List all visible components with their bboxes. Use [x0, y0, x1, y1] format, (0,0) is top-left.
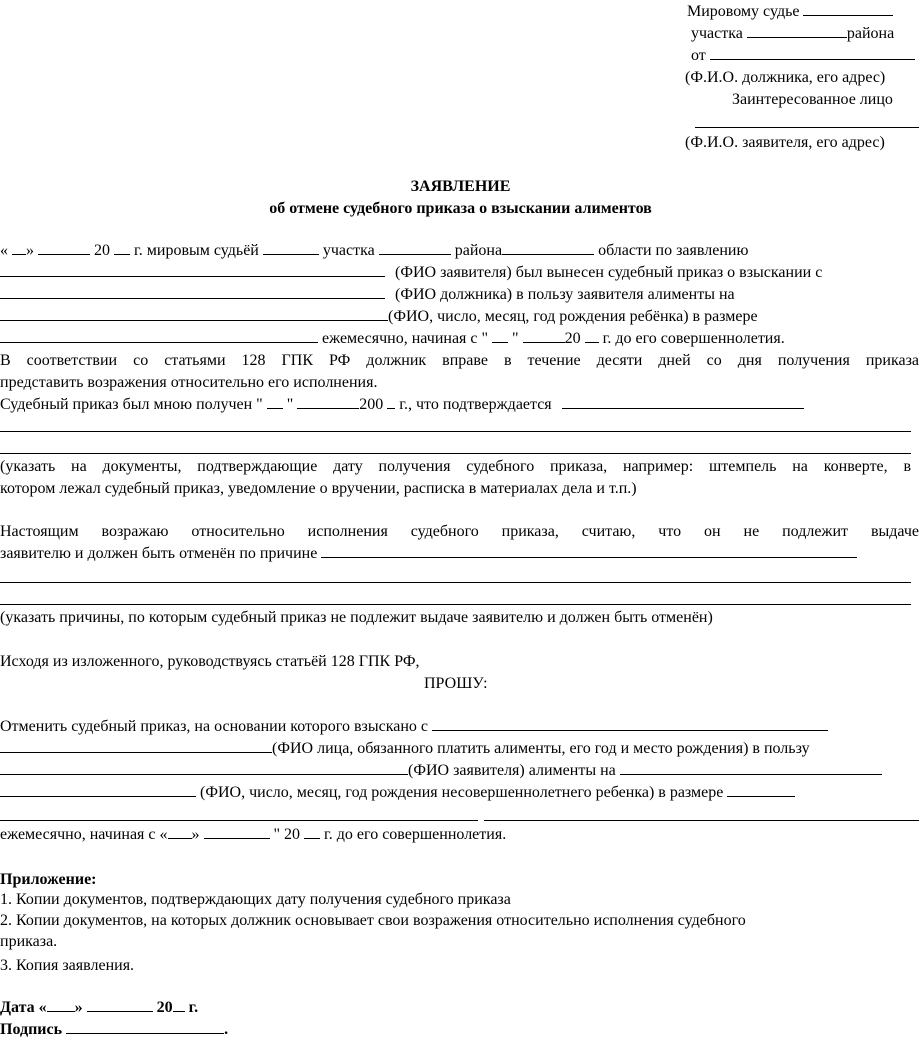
precinct-field[interactable]	[379, 240, 451, 255]
judge-field[interactable]	[263, 240, 319, 255]
request-heading: ПРОШУ:	[424, 673, 488, 695]
p1-line-4: (ФИО, число, месяц, год рождения ребёнка…	[0, 306, 758, 328]
request-amount-field[interactable]	[727, 782, 795, 797]
sign-day-field[interactable]	[47, 997, 75, 1012]
proof-field-line-3[interactable]	[0, 453, 911, 454]
p2-line-1: В соответствии со статьями 128 ГПК РФ до…	[0, 350, 919, 372]
debtor-caption: (Ф.И.О. должника, его адрес)	[685, 67, 885, 89]
request-line-3: (ФИО заявителя) алименты на	[0, 760, 882, 782]
request-line-6: ежемесячно, начиная с «» " 20 г. до его …	[0, 824, 506, 846]
reason-note: (указать причины, по которым судебный пр…	[0, 607, 713, 629]
proof-note-line-2: котором лежал судебный приказ, уведомлен…	[0, 478, 637, 500]
p2-line-2: представить возражения относительно его …	[0, 372, 377, 394]
request-start-year-field[interactable]	[304, 824, 320, 839]
debtor-field[interactable]	[710, 45, 915, 60]
p1-line-3: (ФИО должника) в пользу заявителя алимен…	[0, 284, 735, 306]
child-info-field[interactable]	[0, 306, 388, 321]
request-amount-line-b[interactable]	[484, 820, 919, 821]
document-subtitle: об отмене судебного приказа о взыскании …	[0, 198, 921, 220]
request-line-4: (ФИО, число, месяц, год рождения несовер…	[0, 782, 795, 804]
request-line-2: (ФИО лица, обязанного платить алименты, …	[0, 738, 810, 760]
reason-field-line-2[interactable]	[0, 582, 911, 583]
received-month-field[interactable]	[297, 394, 359, 409]
start-day-field[interactable]	[492, 328, 508, 343]
to-judge-line: Мировому судье	[687, 1, 893, 23]
request-applicant-field[interactable]	[0, 760, 408, 775]
request-child-field[interactable]	[620, 760, 882, 775]
from-line: от	[691, 45, 915, 67]
proof-field[interactable]	[562, 394, 804, 409]
p5-line: Исходя из изложенного, руководствуясь ст…	[0, 651, 419, 673]
applicant-name-field[interactable]	[0, 262, 385, 277]
day-field[interactable]	[12, 240, 26, 255]
received-year-field[interactable]	[387, 394, 395, 409]
p1-line-2: (ФИО заявителя) был вынесен судебный при…	[0, 262, 822, 284]
judge-name-field[interactable]	[803, 1, 893, 16]
attachment-item-3: 3. Копия заявления.	[0, 955, 134, 977]
applicant-field[interactable]	[695, 127, 919, 128]
signature-field[interactable]	[66, 1019, 224, 1034]
proof-note-line-1: (указать на документы, подтверждающие да…	[0, 456, 911, 478]
start-month-field[interactable]	[523, 328, 565, 343]
p4-line-2: заявителю и должен быть отменён по причи…	[0, 543, 857, 565]
amount-field[interactable]	[0, 328, 318, 343]
interested-party-label: Заинтересованное лицо	[732, 89, 893, 111]
sign-year-field[interactable]	[173, 997, 185, 1012]
district-field[interactable]	[747, 23, 847, 38]
year-field[interactable]	[114, 240, 130, 255]
region-field[interactable]	[502, 240, 594, 255]
request-amount-line-a[interactable]	[0, 820, 478, 821]
sign-month-field[interactable]	[87, 997, 153, 1012]
request-start-day-field[interactable]	[168, 824, 192, 839]
received-day-field[interactable]	[267, 394, 283, 409]
payer-name-field[interactable]	[432, 716, 828, 731]
p1-line-1: « » 20 г. мировым судьёй участка района …	[0, 240, 748, 262]
request-start-month-field[interactable]	[204, 824, 270, 839]
attachment-item-2-cont: приказа.	[0, 931, 57, 953]
p1-line-5: ежемесячно, начиная с " " 20 г. до его с…	[0, 328, 785, 350]
p3-line-1: Судебный приказ был мною получен " " 200…	[0, 394, 804, 416]
p4-line-1: Настоящим возражаю относительно исполнен…	[0, 521, 919, 543]
applicant-caption: (Ф.И.О. заявителя, его адрес)	[685, 132, 885, 154]
reason-field[interactable]	[321, 543, 857, 558]
payer-details-field[interactable]	[0, 738, 272, 753]
attachment-item-2: 2. Копии документов, на которых должник …	[0, 910, 746, 932]
reason-field-line-3[interactable]	[0, 604, 911, 605]
month-field[interactable]	[38, 240, 90, 255]
proof-field-line-2[interactable]	[0, 431, 911, 432]
debtor-name-field[interactable]	[0, 284, 385, 299]
attachments-heading: Приложение:	[0, 869, 97, 891]
date-line: Дата «» 20 г.	[0, 997, 198, 1019]
signature-line: Подпись .	[0, 1019, 228, 1041]
document-title: ЗАЯВЛЕНИЕ	[0, 176, 921, 198]
attachment-item-1: 1. Копии документов, подтверждающих дату…	[0, 889, 511, 911]
request-child-field-cont[interactable]	[0, 782, 196, 797]
district-line: участка района	[691, 23, 894, 45]
start-year-field[interactable]	[585, 328, 599, 343]
request-line-1: Отменить судебный приказ, на основании к…	[0, 716, 828, 738]
